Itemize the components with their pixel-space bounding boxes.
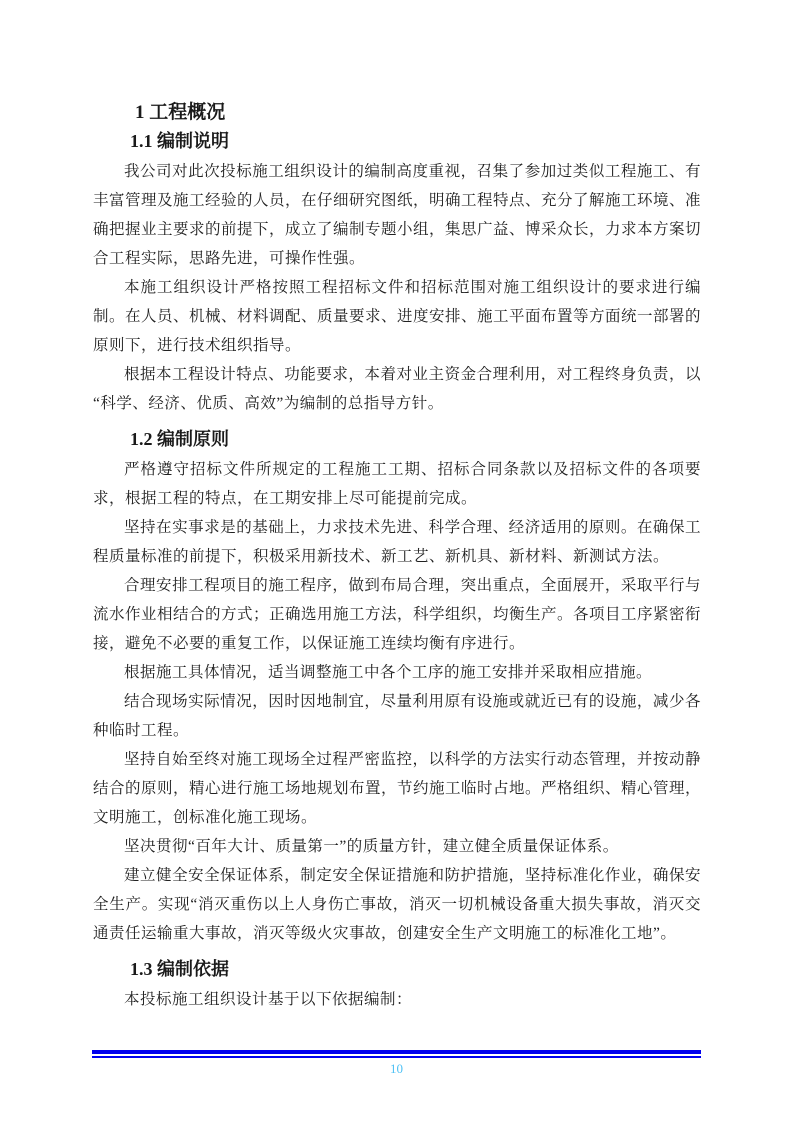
document-body: 1 工程概况 1.1 编制说明 我公司对此次投标施工组织设计的编制高度重视，召集…	[93, 100, 701, 1014]
footer-rule-thin	[92, 1056, 701, 1058]
paragraph: 坚决贯彻“百年大计、质量第一”的质量方针，建立健全质量保证体系。	[93, 832, 701, 861]
section-heading-1-3: 1.3 编制依据	[93, 956, 701, 982]
paragraph: 建立健全安全保证体系，制定安全保证措施和防护措施，坚持标准化作业，确保安全生产。…	[93, 861, 701, 948]
paragraph: 结合现场实际情况，因时因地制宜，尽量利用原有设施或就近已有的设施，减少各种临时工…	[93, 687, 701, 745]
section-heading-1-1: 1.1 编制说明	[93, 128, 701, 154]
paragraph: 坚持在实事求是的基础上，力求技术先进、科学合理、经济适用的原则。在确保工程质量标…	[93, 513, 701, 571]
page-number: 10	[92, 1061, 701, 1077]
page-footer: 10	[92, 1050, 701, 1077]
document-page: 1 工程概况 1.1 编制说明 我公司对此次投标施工组织设计的编制高度重视，召集…	[0, 0, 793, 1122]
paragraph: 严格遵守招标文件所规定的工程施工工期、招标合同条款以及招标文件的各项要求，根据工…	[93, 455, 701, 513]
section-heading-1-2: 1.2 编制原则	[93, 426, 701, 452]
paragraph: 根据本工程设计特点、功能要求，本着对业主资金合理利用，对工程终身负责，以“科学、…	[93, 360, 701, 418]
paragraph: 本投标施工组织设计基于以下依据编制：	[93, 985, 701, 1014]
footer-rule-thick	[92, 1050, 701, 1054]
paragraph: 我公司对此次投标施工组织设计的编制高度重视，召集了参加过类似工程施工、有丰富管理…	[93, 157, 701, 273]
chapter-heading: 1 工程概况	[93, 100, 701, 125]
paragraph: 坚持自始至终对施工现场全过程严密监控，以科学的方法实行动态管理，并按动静结合的原…	[93, 745, 701, 832]
paragraph: 合理安排工程项目的施工程序，做到布局合理，突出重点，全面展开，采取平行与流水作业…	[93, 571, 701, 658]
paragraph: 根据施工具体情况，适当调整施工中各个工序的施工安排并采取相应措施。	[93, 658, 701, 687]
paragraph: 本施工组织设计严格按照工程招标文件和招标范围对施工组织设计的要求进行编制。在人员…	[93, 273, 701, 360]
